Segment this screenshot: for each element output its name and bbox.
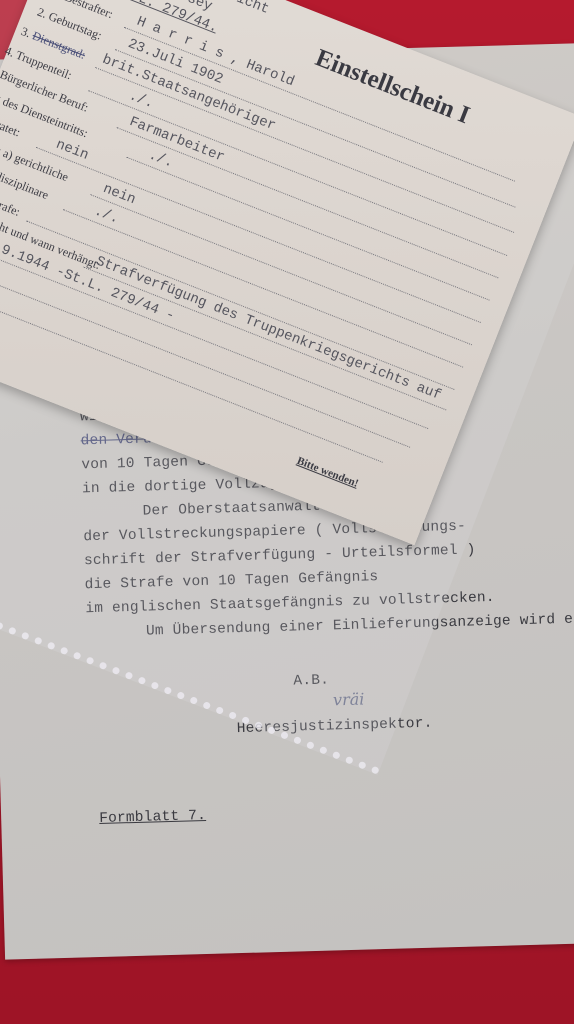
signature-block: A.B. (293, 672, 329, 689)
back-line-10: Um Übersendung einer Einlieferungsanzeig… (146, 610, 574, 640)
turn-over-note: Bitte wenden! (295, 455, 360, 490)
field-4-value: ./. (127, 88, 156, 112)
photo-scene: wird ... den Verurteilten ... von 10 Tag… (0, 0, 574, 1024)
field-6-value: ./. (146, 147, 175, 171)
court-value-1: Strafverfügung des Truppenkriegsgerichts… (94, 253, 444, 403)
field-7-value: nein (54, 137, 91, 164)
sentence-rule (26, 220, 454, 390)
field-2-rule (115, 49, 515, 208)
form-number: Formblatt 7. (99, 808, 206, 827)
back-line-7: schrift der Strafverfügung - Urteilsform… (84, 542, 476, 569)
back-line-8: die Strafe von 10 Tagen Gefängnis (84, 569, 378, 593)
field-8b-value: ./. (92, 203, 121, 227)
back-line-9: im englischen Staatsgefängnis zu vollstr… (85, 590, 495, 617)
handwritten-signature: vräi (333, 690, 365, 710)
signatory-title: Heeresjustizinspektor. (237, 716, 433, 737)
